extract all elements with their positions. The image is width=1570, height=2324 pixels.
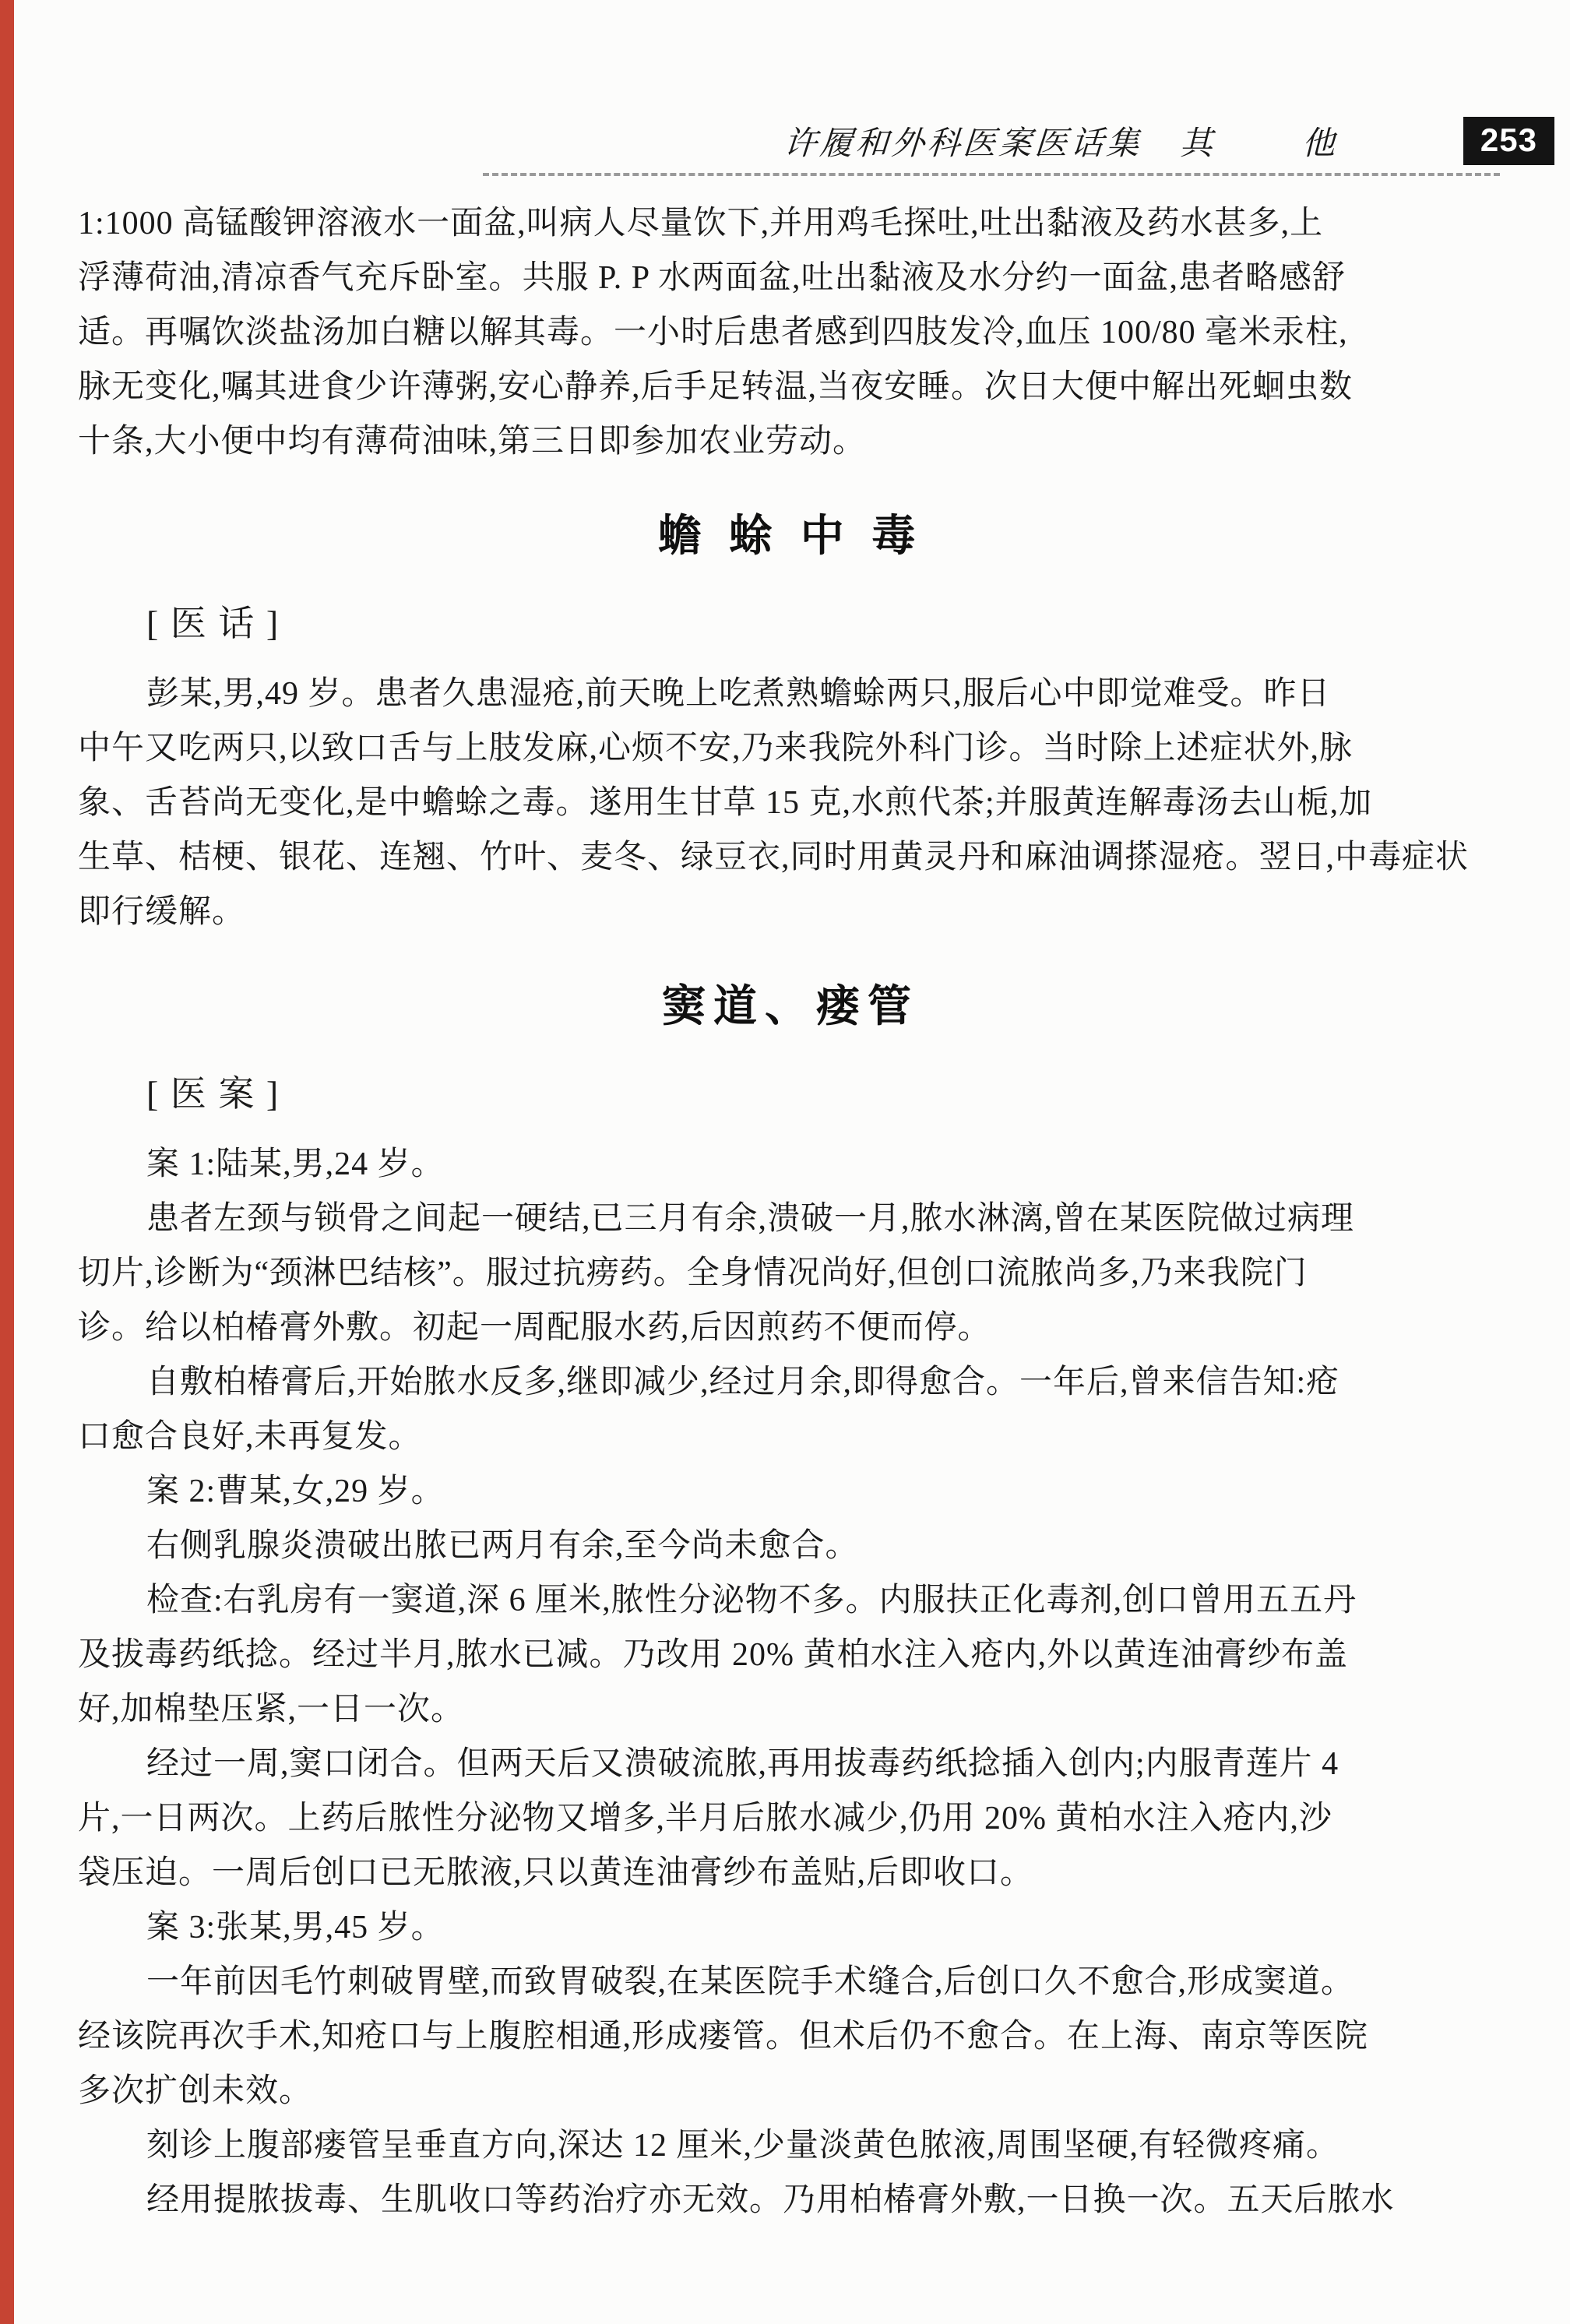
text-line: 刻诊上腹部瘘管呈垂直方向,深达 12 厘米,少量淡黄色脓液,周围坚硬,有轻微疼痛… (78, 2118, 1503, 2173)
text-line: 经用提脓拔毒、生肌收口等药治疗亦无效。乃用柏椿膏外敷,一日换一次。五天后脓水 (78, 2173, 1503, 2227)
book-page: 许履和外科医案医话集 其 他 253 1:1000 高锰酸钾溶液水一面盆,叫病人… (0, 0, 1570, 2324)
text-line: 多次扩创未效。 (78, 2064, 1503, 2118)
section-heading-sinus-fistula: 窦道、瘘管 (78, 983, 1503, 1030)
page-header: 许履和外科医案医话集 其 他 253 (0, 117, 1554, 165)
running-header-section-ta: 他 (1302, 118, 1335, 164)
running-header-section-qi: 其 (1180, 118, 1213, 164)
page-body: 1:1000 高锰酸钾溶液水一面盆,叫病人尽量饮下,并用鸡毛探吐,吐出黏液及药水… (78, 196, 1503, 2227)
text-line: 适。再嘱饮淡盐汤加白糖以解其毒。一小时后患者感到四肢发冷,血压 100/80 毫… (78, 305, 1503, 360)
text-line: 诊。给以柏椿膏外敷。初起一周配服水药,后因煎药不便而停。 (78, 1301, 1503, 1355)
page-number-badge: 253 (1463, 117, 1554, 165)
text-line: 十条,大小便中均有薄荷油味,第三日即参加农业劳动。 (78, 414, 1503, 469)
text-line: 及拔毒药纸捻。经过半月,脓水已减。乃改用 20% 黄柏水注入疮内,外以黄连油膏纱… (78, 1628, 1503, 1682)
text-line: 浮薄荷油,清凉香气充斥卧室。共服 P. P 水两面盆,吐出黏液及水分约一面盆,患… (78, 251, 1503, 305)
text-line: 右侧乳腺炎溃破出脓已两月有余,至今尚未愈合。 (78, 1519, 1503, 1573)
text-line: 检查:右乳房有一窦道,深 6 厘米,脓性分泌物不多。内服扶正化毒剂,创口曾用五五… (78, 1573, 1503, 1628)
text-line: 好,加棉垫压紧,一日一次。 (78, 1682, 1503, 1737)
text-line: 生草、桔梗、银花、连翘、竹叶、麦冬、绿豆衣,同时用黄灵丹和麻油调搽湿疮。翌日,中… (78, 830, 1503, 885)
text-line: 经过一周,窦口闭合。但两天后又溃破流脓,再用拔毒药纸捻插入创内;内服青莲片 4 (78, 1737, 1503, 1791)
text-line: 口愈合良好,未再复发。 (78, 1410, 1503, 1464)
text-line: 经该院再次手术,知疮口与上腹腔相通,形成瘘管。但术后仍不愈合。在上海、南京等医院 (78, 2009, 1503, 2064)
text-line: 自敷柏椿膏后,开始脓水反多,继即减少,经过月余,即得愈合。一年后,曾来信告知:疮 (78, 1355, 1503, 1410)
case1-heading: 案 1:陆某,男,24 岁。 (78, 1137, 1503, 1192)
subsection-label-medical-cases: [ 医 案 ] (78, 1075, 1503, 1114)
subsection-label-medical-notes: [ 医 话 ] (78, 604, 1503, 643)
case3-heading: 案 3:张某,男,45 岁。 (78, 1900, 1503, 1955)
text-line: 1:1000 高锰酸钾溶液水一面盆,叫病人尽量饮下,并用鸡毛探吐,吐出黏液及药水… (78, 196, 1503, 251)
case2-heading: 案 2:曹某,女,29 岁。 (78, 1464, 1503, 1519)
text-line: 中午又吃两只,以致口舌与上肢发麻,心烦不安,乃来我院外科门诊。当时除上述症状外,… (78, 721, 1503, 776)
text-line: 脉无变化,嘱其进食少许薄粥,安心静养,后手足转温,当夜安睡。次日大便中解出死蛔虫… (78, 360, 1503, 414)
text-line: 患者左颈与锁骨之间起一硬结,已三月有余,溃破一月,脓水淋漓,曾在某医院做过病理 (78, 1192, 1503, 1246)
text-line: 袋压迫。一周后创口已无脓液,只以黄连油膏纱布盖贴,后即收口。 (78, 1846, 1503, 1900)
section-heading-toad-poisoning: 蟾 蜍 中 毒 (78, 512, 1503, 559)
text-line: 即行缓解。 (78, 885, 1503, 939)
text-line: 象、舌苔尚无变化,是中蟾蜍之毒。遂用生甘草 15 克,水煎代茶;并服黄连解毒汤去… (78, 776, 1503, 830)
text-line: 一年前因毛竹刺破胃壁,而致胃破裂,在某医院手术缝合,后创口久不愈合,形成窦道。 (78, 1955, 1503, 2009)
running-header-book-title: 许履和外科医案医话集 (783, 118, 1144, 164)
text-line: 彭某,男,49 岁。患者久患湿疮,前天晚上吃煮熟蟾蜍两只,服后心中即觉难受。昨日 (78, 667, 1503, 721)
text-line: 片,一日两次。上药后脓性分泌物又增多,半月后脓水减少,仍用 20% 黄柏水注入疮… (78, 1791, 1503, 1846)
text-line: 切片,诊断为“颈淋巴结核”。服过抗痨药。全身情况尚好,但创口流脓尚多,乃来我院门 (78, 1246, 1503, 1301)
book-spine-red-edge (0, 0, 14, 2324)
header-divider-dashed (483, 173, 1500, 176)
